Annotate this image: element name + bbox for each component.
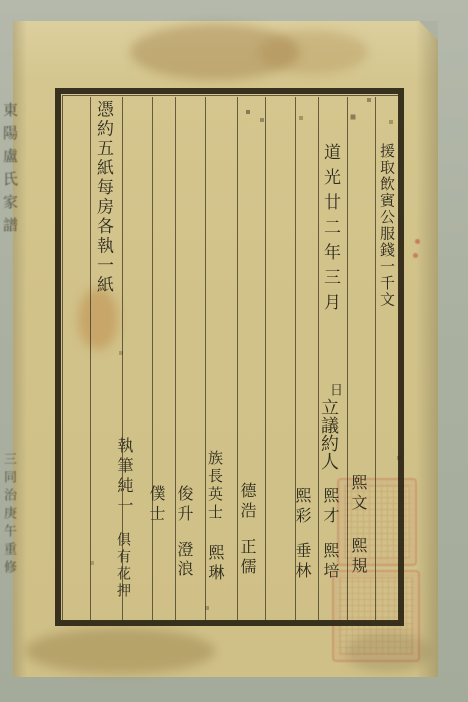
scribe-name: 執筆純一 (116, 437, 132, 517)
column-rule (318, 97, 319, 621)
spine-title: 東陽盧氏家譜 (2, 102, 17, 240)
column-rule (265, 97, 266, 621)
column-rule (152, 97, 153, 621)
scanned-page: 援取飲賓公服錢一千文 道光廿二年三月 日 立議約人 憑約五紙每房各執一紙 熙文 … (0, 0, 468, 702)
signer-name: 熙才 (322, 487, 338, 527)
day-marker: 日 (328, 383, 341, 396)
signer-name: 僕士 (148, 485, 164, 525)
signer-name: 熙文 (350, 474, 366, 514)
signer-name: 俊升 (176, 485, 192, 525)
signer-name: 垂林 (294, 542, 310, 582)
clause-right: 援取飲賓公服錢一千文 (379, 143, 394, 308)
clause-left: 憑約五紙每房各執一紙 (94, 100, 111, 295)
stain-top-right (258, 30, 368, 74)
signer-name: 族長英士 (207, 450, 222, 522)
paper-specks (0, 0, 2, 2)
signer-name: 澄浪 (176, 541, 192, 579)
signer-name: 正儒 (239, 538, 255, 578)
signer-name: 熙培 (322, 542, 338, 582)
paper-fold-corner (419, 21, 438, 40)
red-seal-dot (413, 253, 418, 258)
signer-name: 熙琳 (207, 544, 223, 584)
signer-name: 德浩 (239, 482, 255, 522)
signer-name: 熙規 (350, 537, 366, 577)
spine-edition-label: 三同治庚午重修 (2, 452, 15, 578)
column-rule (90, 97, 91, 621)
signers-label: 立議約人 (319, 398, 337, 470)
column-rule (347, 97, 348, 621)
stain-bottom-left (25, 628, 215, 674)
date-text: 道光廿二年三月 (321, 143, 338, 318)
red-seal-dot (415, 239, 420, 244)
signature-note: 俱有花押 (116, 532, 130, 600)
signer-name: 熙彩 (294, 487, 310, 527)
column-rule (205, 97, 206, 621)
column-rule (375, 97, 376, 621)
